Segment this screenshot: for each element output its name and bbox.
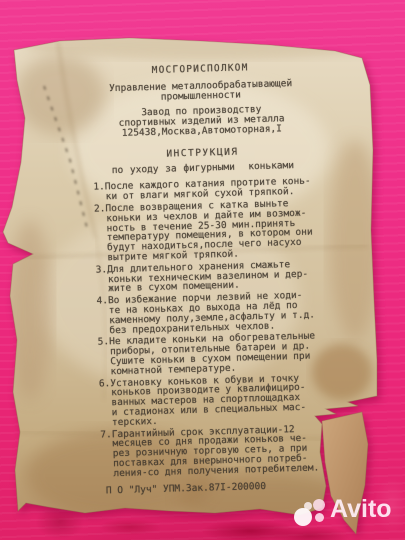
avito-logo-dot-icon: [294, 508, 312, 526]
instruction-text: МОСГОРИСПОЛКОМ Управление металлообрабат…: [90, 60, 360, 496]
instruction-item-7: 7.Гарантийный срок эксплуатации-12 месяц…: [100, 423, 359, 479]
instruction-title: ИНСТРУКЦИЯ: [84, 145, 320, 161]
avito-logo-dot-icon: [315, 513, 324, 522]
instruction-subtitle: по уходу за фигурными коньками: [85, 160, 321, 176]
avito-brand-text: Avito: [330, 495, 392, 524]
instruction-item-6: 6.Установку коньков к обуви и точку конь…: [99, 372, 358, 428]
instruction-item-2: 2.После возвращения с катка выньте коньк…: [94, 197, 354, 263]
instruction-item-4: 4.Во избежание порчи лезвий не ходи- те …: [96, 290, 355, 336]
instruction-item-3: 3.Для длительного хранения смажьте коньк…: [96, 258, 355, 295]
avito-watermark: Avito: [292, 497, 402, 533]
instruction-item-5: 5.Не кладите коньки на обогревательные п…: [98, 331, 357, 377]
photo-of-document: МОСГОРИСПОЛКОМ Управление металлообрабат…: [0, 0, 405, 540]
avito-logo-dot-icon: [313, 499, 325, 511]
